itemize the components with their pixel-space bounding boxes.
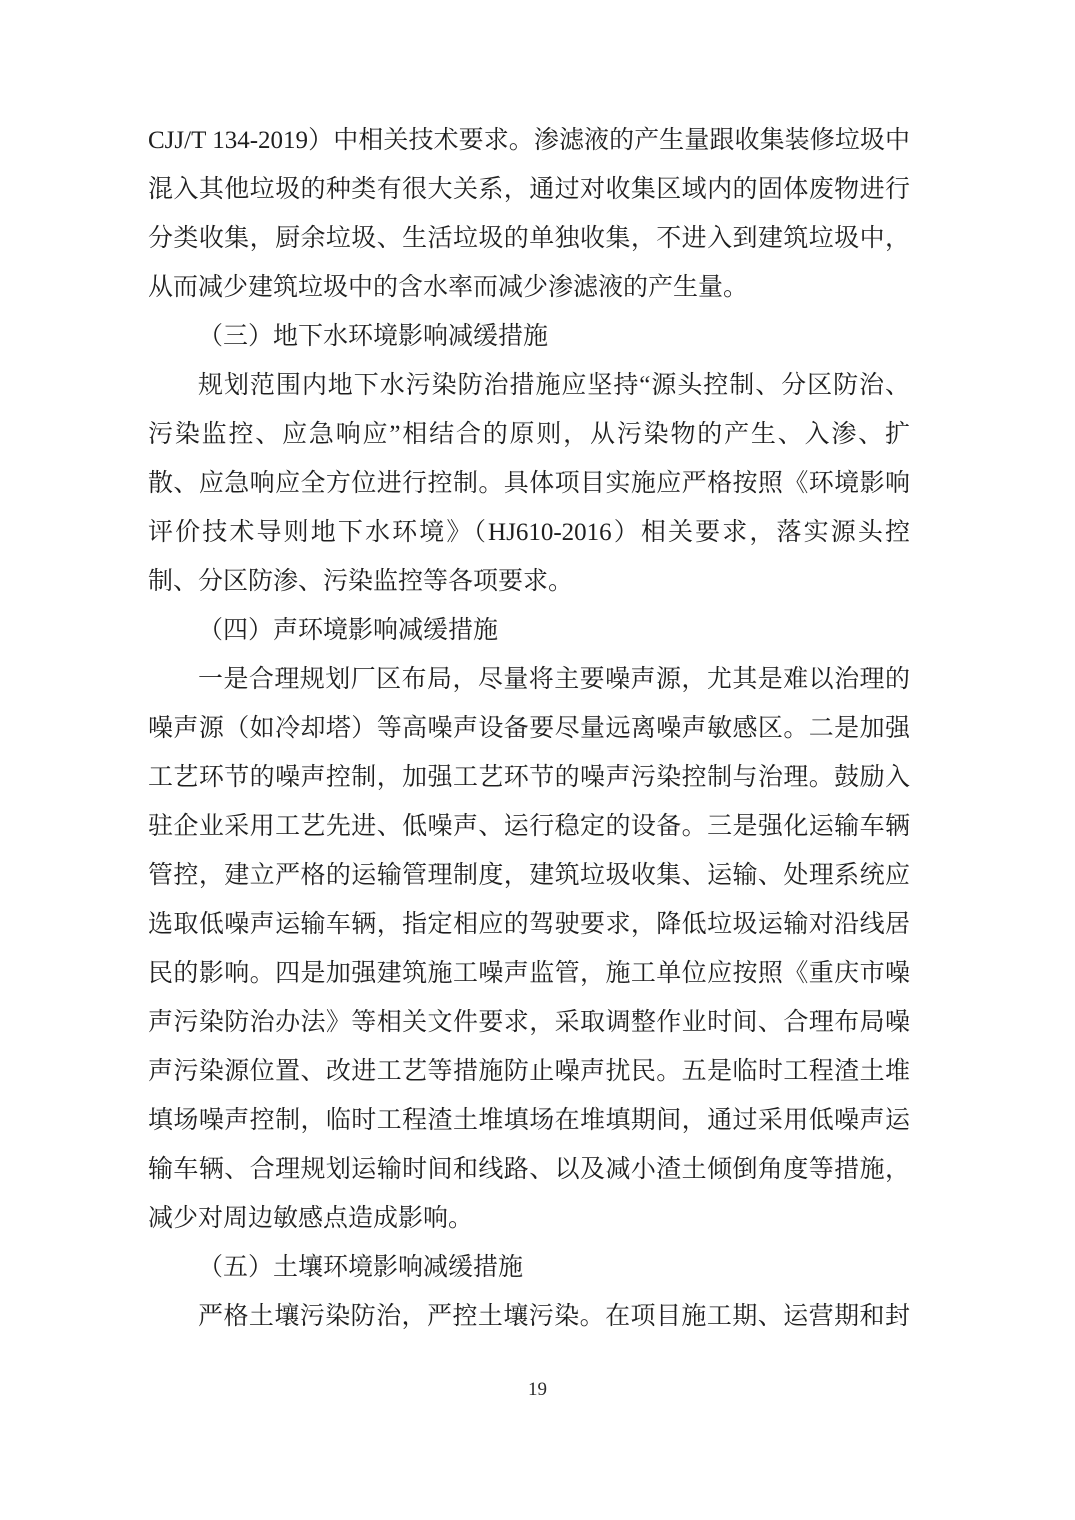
text-line: 评价技术导则地下水环境》（HJ610-2016）相关要求，落实源头控	[148, 508, 910, 557]
page-number: 19	[0, 1376, 1075, 1404]
section: （三）地下水环境影响减缓措施	[148, 312, 910, 361]
text-line: 声污染防治办法》等相关文件要求，采取调整作业时间、合理布局噪	[148, 998, 910, 1047]
document-page: CJJ/T 134-2019）中相关技术要求。渗滤液的产生量跟收集装修垃圾中混入…	[0, 0, 1075, 1520]
text-line: 混入其他垃圾的种类有很大关系，通过对收集区域内的固体废物进行	[148, 165, 910, 214]
text-line: 填场噪声控制，临时工程渣土堆填场在堆填期间，通过采用低噪声运	[148, 1096, 910, 1145]
text-line: 驻企业采用工艺先进、低噪声、运行稳定的设备。三是强化运输车辆	[148, 802, 910, 851]
document-body: CJJ/T 134-2019）中相关技术要求。渗滤液的产生量跟收集装修垃圾中混入…	[148, 116, 910, 1341]
section: （五）土壤环境影响减缓措施	[148, 1243, 910, 1292]
section: （四）声环境影响减缓措施	[148, 606, 910, 655]
text-line: 从而减少建筑垃圾中的含水率而减少渗滤液的产生量。	[148, 263, 910, 312]
text-line: 输车辆、合理规划运输时间和线路、以及减小渣土倾倒角度等措施，	[148, 1145, 910, 1194]
text-line: 散、应急响应全方位进行控制。具体项目实施应严格按照《环境影响	[148, 459, 910, 508]
paragraph: 一是合理规划厂区布局，尽量将主要噪声源，尤其是难以治理的噪声源（如冷却塔）等高噪…	[148, 655, 910, 1243]
paragraph: CJJ/T 134-2019）中相关技术要求。渗滤液的产生量跟收集装修垃圾中混入…	[148, 116, 910, 312]
text-line: 管控，建立严格的运输管理制度，建筑垃圾收集、运输、处理系统应	[148, 851, 910, 900]
text-line: 工艺环节的噪声控制，加强工艺环节的噪声污染控制与治理。鼓励入	[148, 753, 910, 802]
text-line: 分类收集，厨余垃圾、生活垃圾的单独收集，不进入到建筑垃圾中，	[148, 214, 910, 263]
text-line: 一是合理规划厂区布局，尽量将主要噪声源，尤其是难以治理的	[148, 655, 910, 704]
text-line: 民的影响。四是加强建筑施工噪声监管，施工单位应按照《重庆市噪	[148, 949, 910, 998]
section-heading: （三）地下水环境影响减缓措施	[148, 312, 910, 361]
text-line: CJJ/T 134-2019）中相关技术要求。渗滤液的产生量跟收集装修垃圾中	[148, 116, 910, 165]
text-line: 污染监控、应急响应”相结合的原则，从污染物的产生、入渗、扩	[148, 410, 910, 459]
text-line: 选取低噪声运输车辆，指定相应的驾驶要求，降低垃圾运输对沿线居	[148, 900, 910, 949]
text-line: 减少对周边敏感点造成影响。	[148, 1194, 910, 1243]
text-line: 规划范围内地下水污染防治措施应坚持“源头控制、分区防治、	[148, 361, 910, 410]
text-line: 制、分区防渗、污染监控等各项要求。	[148, 557, 910, 606]
text-line: 声污染源位置、改进工艺等措施防止噪声扰民。五是临时工程渣土堆	[148, 1047, 910, 1096]
text-line: 严格土壤污染防治，严控土壤污染。在项目施工期、运营期和封	[148, 1292, 910, 1341]
section-heading: （五）土壤环境影响减缓措施	[148, 1243, 910, 1292]
section-heading: （四）声环境影响减缓措施	[148, 606, 910, 655]
paragraph: 严格土壤污染防治，严控土壤污染。在项目施工期、运营期和封	[148, 1292, 910, 1341]
paragraph: 规划范围内地下水污染防治措施应坚持“源头控制、分区防治、污染监控、应急响应”相结…	[148, 361, 910, 606]
text-line: 噪声源（如冷却塔）等高噪声设备要尽量远离噪声敏感区。二是加强	[148, 704, 910, 753]
